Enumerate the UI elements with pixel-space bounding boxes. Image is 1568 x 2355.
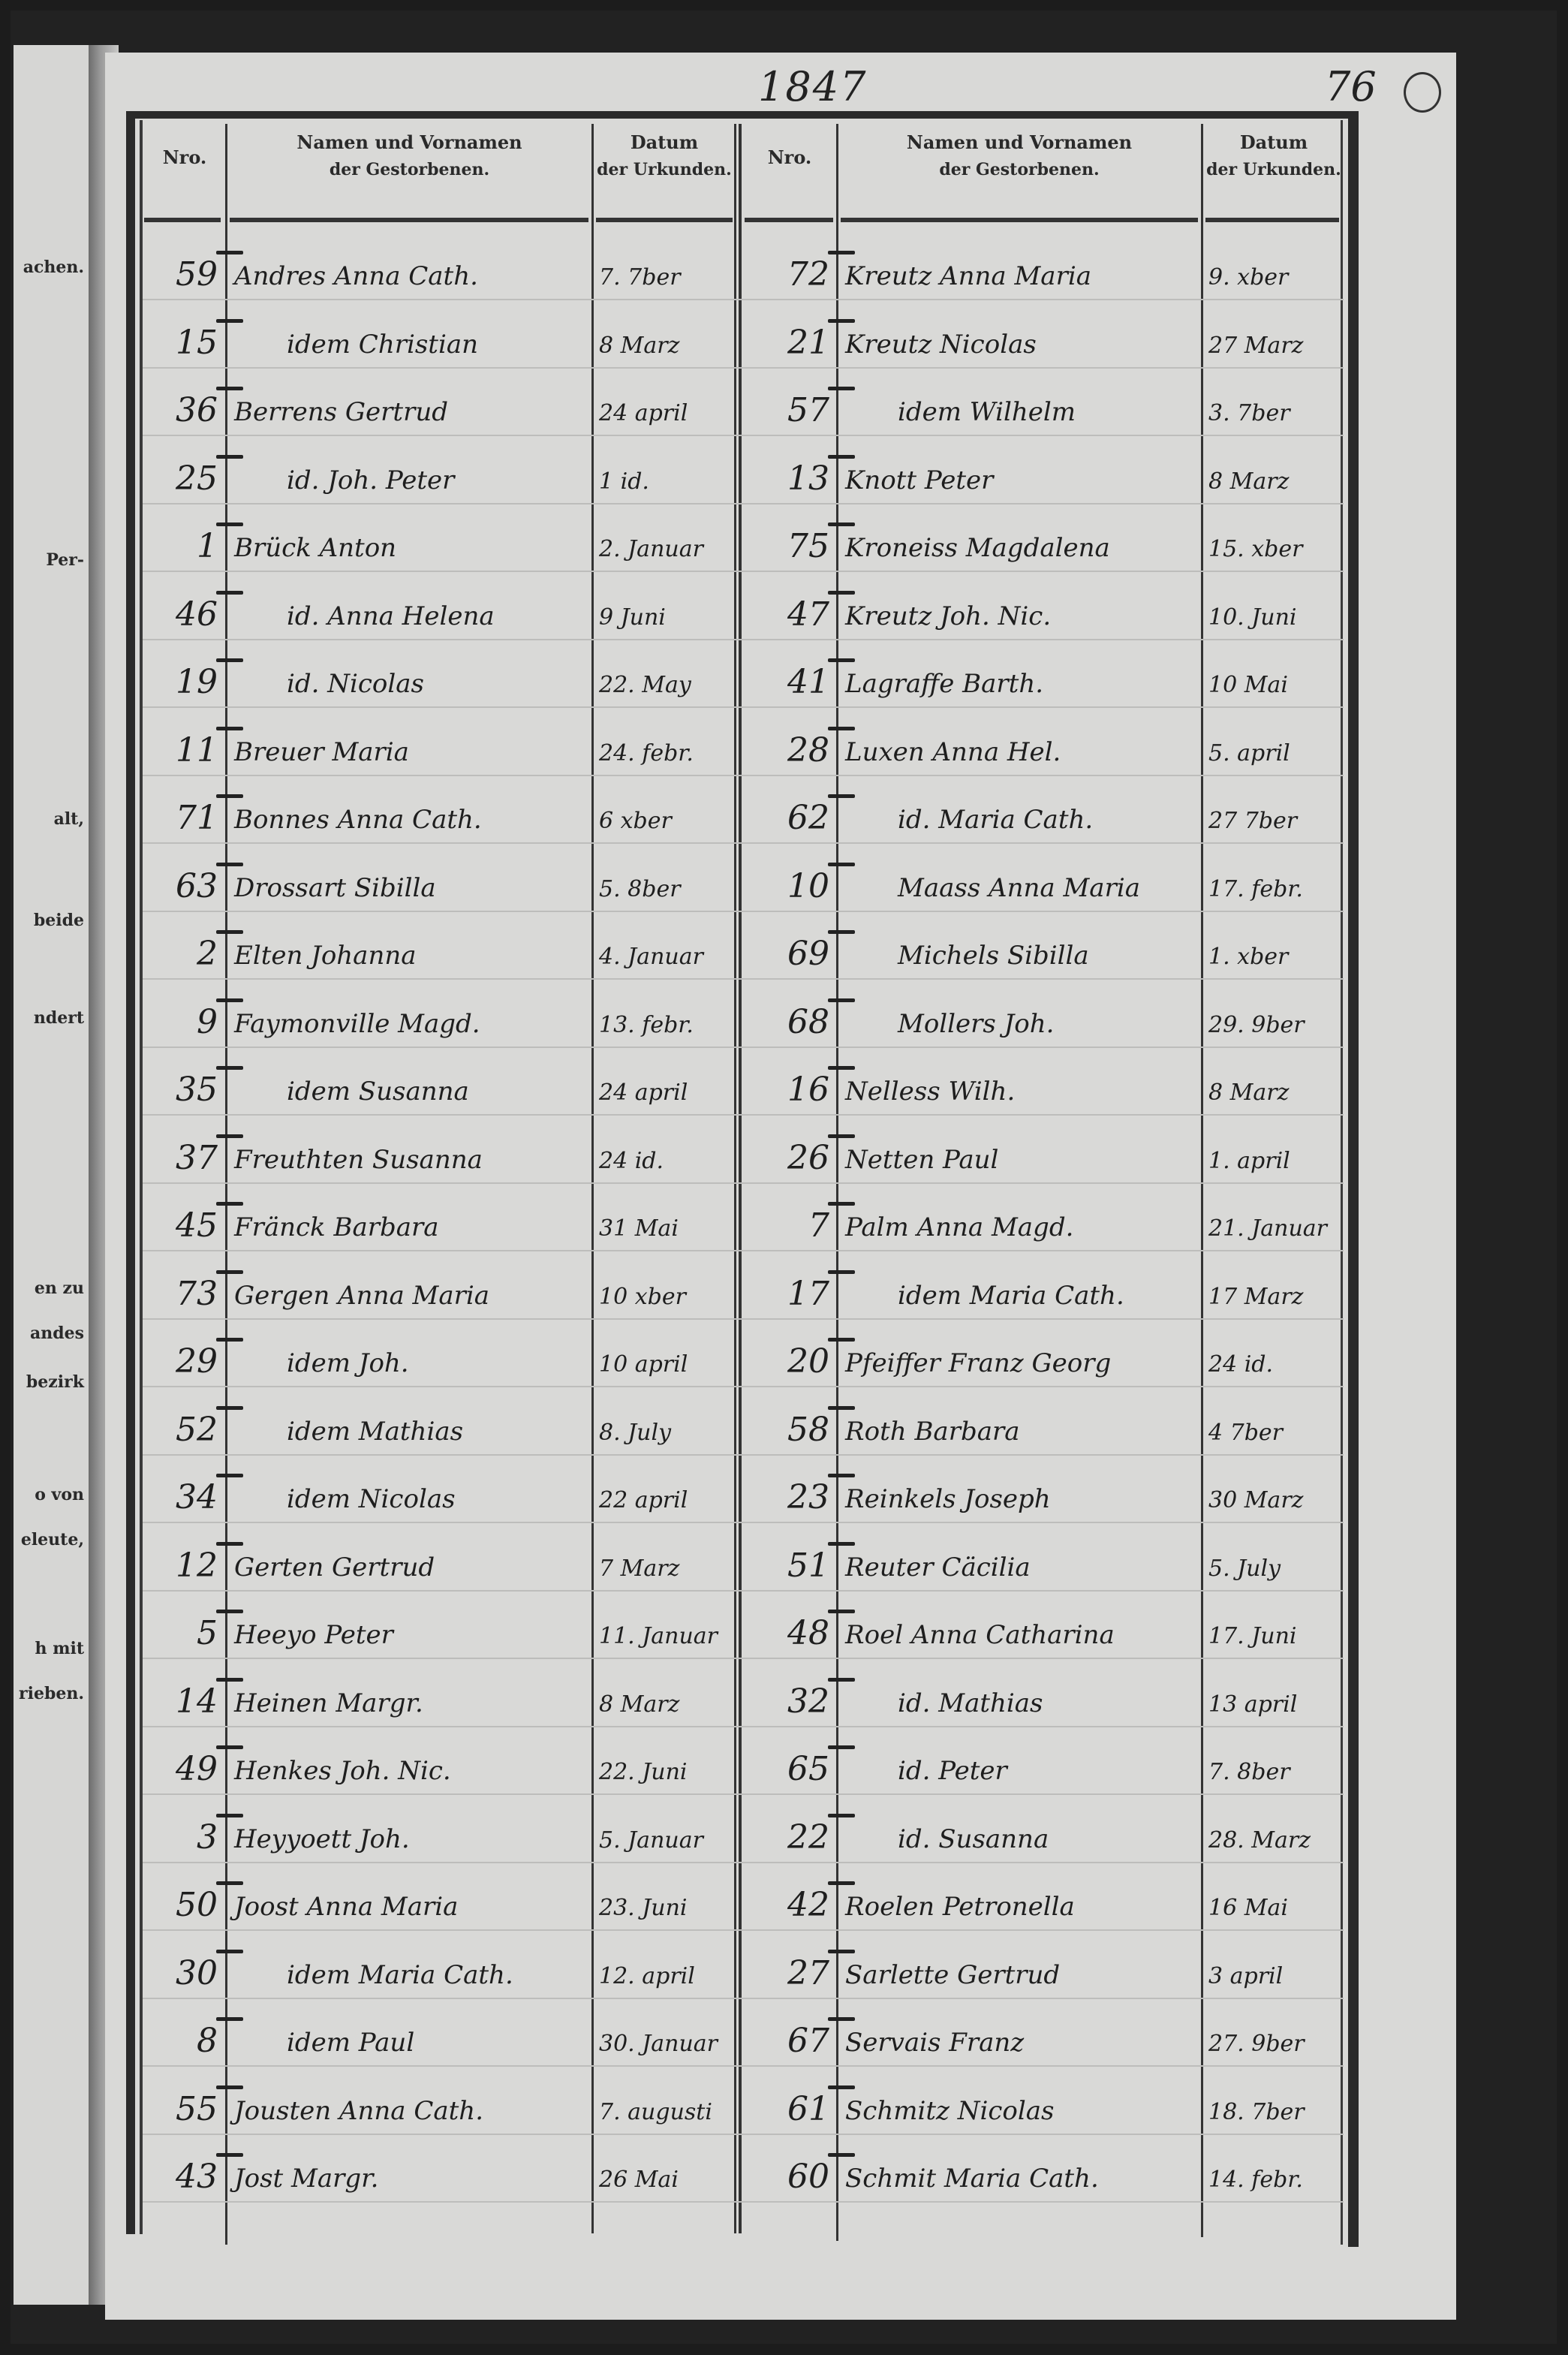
entry-number: 23 — [747, 1478, 829, 1516]
entry-number: 32 — [747, 1682, 829, 1721]
entry-record-date: 7. 8ber — [1208, 1759, 1290, 1785]
page-year: 1847 — [758, 63, 867, 110]
entry-record-date: 13 april — [1208, 1691, 1297, 1718]
entry-record-date: 16 Mai — [1208, 1895, 1288, 1921]
entry-number: 26 — [747, 1139, 829, 1177]
table-border-left — [126, 111, 135, 2234]
entry-deceased-name: Schmit Maria Cath. — [845, 2164, 1099, 2194]
ruled-line — [143, 911, 1344, 912]
ruled-line — [143, 1726, 1344, 1727]
entry-deceased-name: Drossart Sibilla — [234, 873, 436, 903]
entry-tick-mark — [828, 658, 855, 662]
entry-record-date: 2. Januar — [599, 536, 703, 562]
header-names-line1: Namen und Vornamen — [296, 131, 522, 153]
entry-tick-mark — [216, 727, 243, 730]
ruled-line — [143, 299, 1344, 300]
header-rule-names-left — [230, 218, 588, 222]
entry-deceased-name: Gergen Anna Maria — [234, 1281, 489, 1311]
header-date-right: Datum der Urkunden. — [1202, 129, 1345, 183]
entry-tick-mark — [828, 1745, 855, 1749]
column-rule-nro-left — [225, 124, 227, 2245]
entry-tick-mark — [828, 1134, 855, 1138]
entry-tick-mark — [216, 1406, 243, 1410]
header-rule-nro-left — [144, 218, 221, 222]
entry-number: 8 — [135, 2022, 218, 2060]
entry-number: 71 — [135, 799, 218, 837]
left-page-text-fragment: Per- — [46, 550, 84, 570]
entry-record-date: 14. febr. — [1208, 2167, 1303, 2193]
entry-number: 27 — [747, 1954, 829, 1992]
entry-record-date: 5. July — [1208, 1555, 1281, 1582]
entry-deceased-name: Roel Anna Catharina — [845, 1620, 1115, 1650]
entry-tick-mark — [216, 658, 243, 662]
entry-number: 62 — [747, 799, 829, 837]
entry-number: 68 — [747, 1003, 829, 1041]
entry-record-date: 11. Januar — [599, 1623, 718, 1649]
entry-number: 67 — [747, 2022, 829, 2060]
entry-number: 20 — [747, 1342, 829, 1381]
ruled-line — [143, 2065, 1344, 2067]
entry-record-date: 3 april — [1208, 1963, 1283, 1989]
entry-deceased-name: Berrens Gertrud — [234, 397, 448, 427]
ruled-line — [143, 1454, 1344, 1456]
entry-record-date: 24. febr. — [599, 740, 694, 766]
entry-record-date: 30. Januar — [599, 2031, 718, 2057]
entry-record-date: 17 Marz — [1208, 1284, 1303, 1310]
entry-number: 14 — [135, 1682, 218, 1721]
entry-number: 52 — [135, 1411, 218, 1449]
entry-tick-mark — [216, 998, 243, 1002]
entry-deceased-name: Servais Franz — [845, 2028, 1024, 2058]
entry-record-date: 28. Marz — [1208, 1827, 1311, 1854]
entry-number: 49 — [135, 1750, 218, 1788]
entry-number: 28 — [747, 731, 829, 769]
entry-record-date: 10 april — [599, 1351, 688, 1378]
header-rule-nro-right — [745, 218, 833, 222]
entry-tick-mark — [828, 1270, 855, 1274]
entry-tick-mark — [828, 387, 855, 390]
entry-tick-mark — [216, 2017, 243, 2021]
entry-deceased-name: Kreutz Anna Maria — [845, 261, 1091, 291]
entry-record-date: 9 Juni — [599, 604, 666, 631]
entry-deceased-name: id. Maria Cath. — [845, 805, 1093, 835]
entry-deceased-name: Kreutz Joh. Nic. — [845, 601, 1051, 631]
column-rule-date-left — [734, 124, 736, 2233]
ruled-line — [143, 2134, 1344, 2135]
entry-tick-mark — [828, 727, 855, 730]
entry-deceased-name: Jousten Anna Cath. — [234, 2096, 483, 2126]
entry-deceased-name: Sarlette Gertrud — [845, 1960, 1060, 1990]
header-nro-label: Nro. — [163, 146, 207, 168]
header-nro-right: Nro. — [743, 144, 836, 171]
header-date-line1: Datum — [1240, 131, 1308, 153]
entry-deceased-name: Netten Paul — [845, 1145, 998, 1175]
entry-record-date: 21. Januar — [1208, 1215, 1327, 1242]
entry-number: 43 — [135, 2158, 218, 2196]
entry-number: 12 — [135, 1546, 218, 1585]
entry-record-date: 27 Marz — [1208, 333, 1303, 359]
header-rule-date-right — [1205, 218, 1339, 222]
entry-tick-mark — [216, 2085, 243, 2089]
left-page-text-fragment: en zu — [35, 1278, 84, 1298]
entry-tick-mark — [828, 930, 855, 934]
entry-record-date: 17. febr. — [1208, 876, 1303, 902]
entry-number: 19 — [135, 663, 218, 701]
entry-record-date: 7. augusti — [599, 2099, 712, 2125]
entry-record-date: 8 Marz — [1208, 468, 1289, 495]
entry-number: 7 — [747, 1206, 829, 1245]
left-page-text-fragment: ndert — [34, 1008, 84, 1028]
ruled-line — [143, 367, 1344, 369]
entry-deceased-name: Kreutz Nicolas — [845, 330, 1037, 360]
entry-tick-mark — [828, 2085, 855, 2089]
entry-number: 30 — [135, 1954, 218, 1992]
entry-number: 61 — [747, 2090, 829, 2128]
ruled-line — [143, 1929, 1344, 1931]
entry-deceased-name: idem Maria Cath. — [234, 1960, 513, 1990]
entry-record-date: 10. Juni — [1208, 604, 1297, 631]
entry-tick-mark — [216, 1610, 243, 1613]
entry-deceased-name: Jost Margr. — [234, 2164, 378, 2194]
left-page-text-fragment: eleute, — [21, 1530, 84, 1549]
entry-deceased-name: id. Mathias — [845, 1688, 1043, 1718]
entry-record-date: 8 Marz — [1208, 1080, 1289, 1106]
entry-record-date: 24 id. — [599, 1148, 664, 1174]
header-date-line2: der Urkunden. — [593, 156, 736, 183]
entry-deceased-name: Luxen Anna Hel. — [845, 737, 1061, 767]
ruled-line — [143, 571, 1344, 572]
header-names-line2: der Gestorbenen. — [838, 156, 1201, 183]
entry-deceased-name: Brück Anton — [234, 533, 396, 563]
entry-tick-mark — [828, 1474, 855, 1477]
entry-tick-mark — [828, 1542, 855, 1546]
entry-tick-mark — [828, 794, 855, 798]
header-nro-label: Nro. — [768, 146, 812, 168]
header-names-line2: der Gestorbenen. — [227, 156, 591, 183]
entry-record-date: 24 april — [599, 400, 688, 426]
entry-tick-mark — [216, 1134, 243, 1138]
left-page-text-fragment: rieben. — [19, 1684, 84, 1703]
header-names-line1: Namen und Vornamen — [907, 131, 1132, 153]
ruled-line — [143, 435, 1344, 436]
entry-record-date: 7. 7ber — [599, 264, 681, 291]
entry-tick-mark — [828, 2153, 855, 2157]
entry-tick-mark — [828, 1066, 855, 1070]
entry-record-date: 4 7ber — [1208, 1420, 1283, 1446]
entry-deceased-name: idem Wilhelm — [845, 397, 1076, 427]
left-page-text-fragment: alt, — [54, 809, 84, 829]
ruled-line — [143, 1998, 1344, 1999]
entry-number: 15 — [135, 324, 218, 362]
entry-tick-mark — [216, 1542, 243, 1546]
entry-number: 21 — [747, 324, 829, 362]
entry-number: 72 — [747, 255, 829, 294]
entry-record-date: 12. april — [599, 1963, 695, 1989]
entry-record-date: 26 Mai — [599, 2167, 679, 2193]
header-rule-names-right — [841, 218, 1198, 222]
header-names-left: Namen und Vornamen der Gestorbenen. — [227, 129, 591, 183]
entry-number: 22 — [747, 1818, 829, 1857]
left-page-text-fragment: bezirk — [26, 1372, 84, 1392]
entry-tick-mark — [216, 319, 243, 323]
entry-record-date: 30 Marz — [1208, 1487, 1303, 1513]
entry-record-date: 8 Marz — [599, 1691, 679, 1718]
entry-tick-mark — [828, 1406, 855, 1410]
entry-deceased-name: Fränck Barbara — [234, 1212, 439, 1242]
entry-number: 10 — [747, 867, 829, 905]
entry-tick-mark — [828, 1202, 855, 1206]
entry-number: 63 — [135, 867, 218, 905]
entry-deceased-name: idem Paul — [234, 2028, 414, 2058]
entry-tick-mark — [216, 794, 243, 798]
entry-number: 16 — [747, 1071, 829, 1109]
entry-record-date: 8 Marz — [599, 333, 679, 359]
entry-deceased-name: Lagraffe Barth. — [845, 669, 1043, 699]
entry-number: 29 — [135, 1342, 218, 1381]
entry-number: 55 — [135, 2090, 218, 2128]
entry-number: 2 — [135, 935, 218, 973]
entry-number: 41 — [747, 663, 829, 701]
entry-tick-mark — [828, 1610, 855, 1613]
table-border-right — [1348, 111, 1359, 2247]
ruled-line — [143, 1318, 1344, 1320]
ruled-line — [143, 775, 1344, 776]
ruled-line — [143, 1386, 1344, 1387]
entry-number: 9 — [135, 1003, 218, 1041]
ruled-line — [143, 1658, 1344, 1659]
entry-record-date: 5. april — [1208, 740, 1290, 766]
entry-deceased-name: Joost Anna Maria — [234, 1892, 458, 1922]
entry-deceased-name: Pfeiffer Franz Georg — [845, 1348, 1111, 1378]
entry-number: 5 — [135, 1614, 218, 1652]
entry-record-date: 1 id. — [599, 468, 649, 495]
entry-record-date: 24 id. — [1208, 1351, 1273, 1378]
entry-tick-mark — [216, 1814, 243, 1817]
entry-record-date: 23. Juni — [599, 1895, 688, 1921]
ruled-line — [143, 978, 1344, 980]
entry-number: 65 — [747, 1750, 829, 1788]
entry-record-date: 22. Juni — [599, 1759, 688, 1785]
entry-tick-mark — [216, 930, 243, 934]
entry-deceased-name: idem Christian — [234, 330, 478, 360]
header-date-line1: Datum — [631, 131, 698, 153]
entry-record-date: 5. 8ber — [599, 876, 681, 902]
column-rule-names-left — [591, 124, 594, 2233]
entry-deceased-name: Gerten Gertrud — [234, 1552, 435, 1583]
entry-number: 73 — [135, 1275, 218, 1313]
entry-number: 58 — [747, 1411, 829, 1449]
entry-tick-mark — [216, 1066, 243, 1070]
entry-tick-mark — [828, 998, 855, 1002]
entry-number: 42 — [747, 1886, 829, 1924]
entry-deceased-name: Freuthten Susanna — [234, 1145, 483, 1175]
entry-number: 57 — [747, 391, 829, 429]
entry-deceased-name: Reinkels Joseph — [845, 1484, 1051, 1514]
entry-record-date: 27 7ber — [1208, 808, 1297, 834]
entry-deceased-name: id. Anna Helena — [234, 601, 495, 631]
entry-tick-mark — [216, 1745, 243, 1749]
entry-deceased-name: Reuter Cäcilia — [845, 1552, 1031, 1583]
entry-number: 3 — [135, 1818, 218, 1857]
entry-record-date: 22. May — [599, 672, 691, 698]
entry-number: 45 — [135, 1206, 218, 1245]
ruled-line — [143, 1522, 1344, 1523]
entry-deceased-name: Bonnes Anna Cath. — [234, 805, 482, 835]
entry-record-date: 27. 9ber — [1208, 2031, 1305, 2057]
left-page-text-fragment: h mit — [35, 1639, 84, 1658]
left-page-text-fragment: achen. — [23, 257, 84, 277]
header-date-left: Datum der Urkunden. — [593, 129, 736, 183]
ruled-line — [143, 1862, 1344, 1863]
ruled-line — [143, 706, 1344, 708]
entry-record-date: 29. 9ber — [1208, 1012, 1305, 1038]
entry-deceased-name: idem Joh. — [234, 1348, 409, 1378]
entry-record-date: 8. July — [599, 1420, 671, 1446]
entry-tick-mark — [828, 455, 855, 459]
header-nro-left: Nro. — [144, 144, 225, 171]
header-date-line2: der Urkunden. — [1202, 156, 1345, 183]
column-rule-names-right — [1201, 124, 1203, 2237]
register-table-frame — [126, 111, 1359, 2242]
entry-tick-mark — [216, 455, 243, 459]
entry-record-date: 22 april — [599, 1487, 688, 1513]
entry-tick-mark — [216, 1338, 243, 1342]
entry-number: 51 — [747, 1546, 829, 1585]
entry-deceased-name: Knott Peter — [845, 465, 993, 495]
entry-tick-mark — [216, 387, 243, 390]
entry-record-date: 5. Januar — [599, 1827, 703, 1854]
entry-number: 11 — [135, 731, 218, 769]
entry-deceased-name: idem Susanna — [234, 1077, 469, 1107]
entry-record-date: 24 april — [599, 1080, 688, 1106]
entry-tick-mark — [828, 1881, 855, 1885]
header-rule-date-left — [596, 218, 733, 222]
entry-tick-mark — [216, 251, 243, 254]
entry-record-date: 31 Mai — [599, 1215, 679, 1242]
entry-tick-mark — [216, 1270, 243, 1274]
entry-record-date: 1. xber — [1208, 944, 1288, 970]
entry-number: 37 — [135, 1139, 218, 1177]
entry-number: 1 — [135, 527, 218, 565]
entry-tick-mark — [828, 1678, 855, 1682]
entry-deceased-name: Heinen Margr. — [234, 1688, 423, 1718]
entry-number: 34 — [135, 1478, 218, 1516]
header-names-right: Namen und Vornamen der Gestorbenen. — [838, 129, 1201, 183]
entry-record-date: 18. 7ber — [1208, 2099, 1305, 2125]
entry-tick-mark — [828, 1814, 855, 1817]
entry-record-date: 10 xber — [599, 1284, 686, 1310]
page-number: 76 — [1325, 63, 1377, 110]
ruled-line — [143, 2201, 1344, 2203]
previous-page-edge: achen.Per-alt,beidenderten zuandesbezirk… — [14, 45, 89, 2305]
entry-number: 59 — [135, 255, 218, 294]
entry-number: 25 — [135, 459, 218, 498]
entry-deceased-name: idem Nicolas — [234, 1484, 456, 1514]
entry-tick-mark — [828, 1338, 855, 1342]
entry-deceased-name: idem Mathias — [234, 1417, 463, 1447]
entry-number: 48 — [747, 1614, 829, 1652]
entry-tick-mark — [216, 1202, 243, 1206]
ruled-line — [143, 503, 1344, 504]
entry-number: 69 — [747, 935, 829, 973]
entry-deceased-name: Kroneiss Magdalena — [845, 533, 1110, 563]
entry-tick-mark — [828, 591, 855, 595]
entry-tick-mark — [216, 522, 243, 526]
entry-tick-mark — [828, 522, 855, 526]
entry-deceased-name: id. Nicolas — [234, 669, 424, 699]
entry-deceased-name: Maass Anna Maria — [845, 873, 1140, 903]
entry-record-date: 3. 7ber — [1208, 400, 1290, 426]
entry-deceased-name: Heyyoett Joh. — [234, 1824, 410, 1854]
entry-number: 50 — [135, 1886, 218, 1924]
entry-number: 17 — [747, 1275, 829, 1313]
entry-deceased-name: Michels Sibilla — [845, 941, 1089, 971]
entry-deceased-name: Roth Barbara — [845, 1417, 1020, 1447]
ruled-line — [143, 842, 1344, 844]
entry-record-date: 13. febr. — [599, 1012, 694, 1038]
entry-record-date: 17. Juni — [1208, 1623, 1297, 1649]
entry-deceased-name: Elten Johanna — [234, 941, 417, 971]
entry-record-date: 9. xber — [1208, 264, 1288, 291]
entry-record-date: 4. Januar — [599, 944, 703, 970]
entry-deceased-name: id. Susanna — [845, 1824, 1049, 1854]
entry-tick-mark — [828, 319, 855, 323]
entry-deceased-name: id. Peter — [845, 1756, 1007, 1786]
entry-deceased-name: Schmitz Nicolas — [845, 2096, 1054, 2126]
entry-deceased-name: Faymonville Magd. — [234, 1009, 480, 1039]
entry-deceased-name: Henkes Joh. Nic. — [234, 1756, 451, 1786]
entry-deceased-name: Roelen Petronella — [845, 1892, 1075, 1922]
entry-number: 35 — [135, 1071, 218, 1109]
entry-number: 36 — [135, 391, 218, 429]
entry-deceased-name: Mollers Joh. — [845, 1009, 1054, 1039]
entry-deceased-name: id. Joh. Peter — [234, 465, 454, 495]
page-number-flourish-icon — [1404, 72, 1441, 113]
entry-record-date: 10 Mai — [1208, 672, 1288, 698]
entry-tick-mark — [828, 2017, 855, 2021]
entry-number: 46 — [135, 595, 218, 634]
entry-tick-mark — [216, 1678, 243, 1682]
ruled-line — [143, 639, 1344, 640]
ruled-line — [143, 1250, 1344, 1251]
entry-tick-mark — [828, 251, 855, 254]
entry-record-date: 1. april — [1208, 1148, 1290, 1174]
ruled-line — [143, 1114, 1344, 1116]
ruled-line — [143, 1590, 1344, 1592]
left-page-text-fragment: beide — [34, 911, 84, 930]
entry-number: 47 — [747, 595, 829, 634]
entry-number: 75 — [747, 527, 829, 565]
left-page-text-fragment: andes — [30, 1324, 84, 1343]
entry-tick-mark — [828, 863, 855, 866]
entry-tick-mark — [216, 591, 243, 595]
entry-deceased-name: Andres Anna Cath. — [234, 261, 478, 291]
entry-deceased-name: Nelless Wilh. — [845, 1077, 1015, 1107]
entry-tick-mark — [216, 2153, 243, 2157]
ruled-line — [143, 1182, 1344, 1184]
entry-deceased-name: Palm Anna Magd. — [845, 1212, 1073, 1242]
entry-number: 13 — [747, 459, 829, 498]
left-page-text-fragment: o von — [35, 1485, 84, 1504]
ruled-line — [143, 1793, 1344, 1795]
ruled-line — [143, 1046, 1344, 1048]
entry-deceased-name: Heeyo Peter — [234, 1620, 393, 1650]
entry-tick-mark — [216, 1474, 243, 1477]
entry-record-date: 15. xber — [1208, 536, 1302, 562]
column-rule-center-double — [739, 124, 742, 2233]
entry-number: 60 — [747, 2158, 829, 2196]
entry-deceased-name: Breuer Maria — [234, 737, 409, 767]
